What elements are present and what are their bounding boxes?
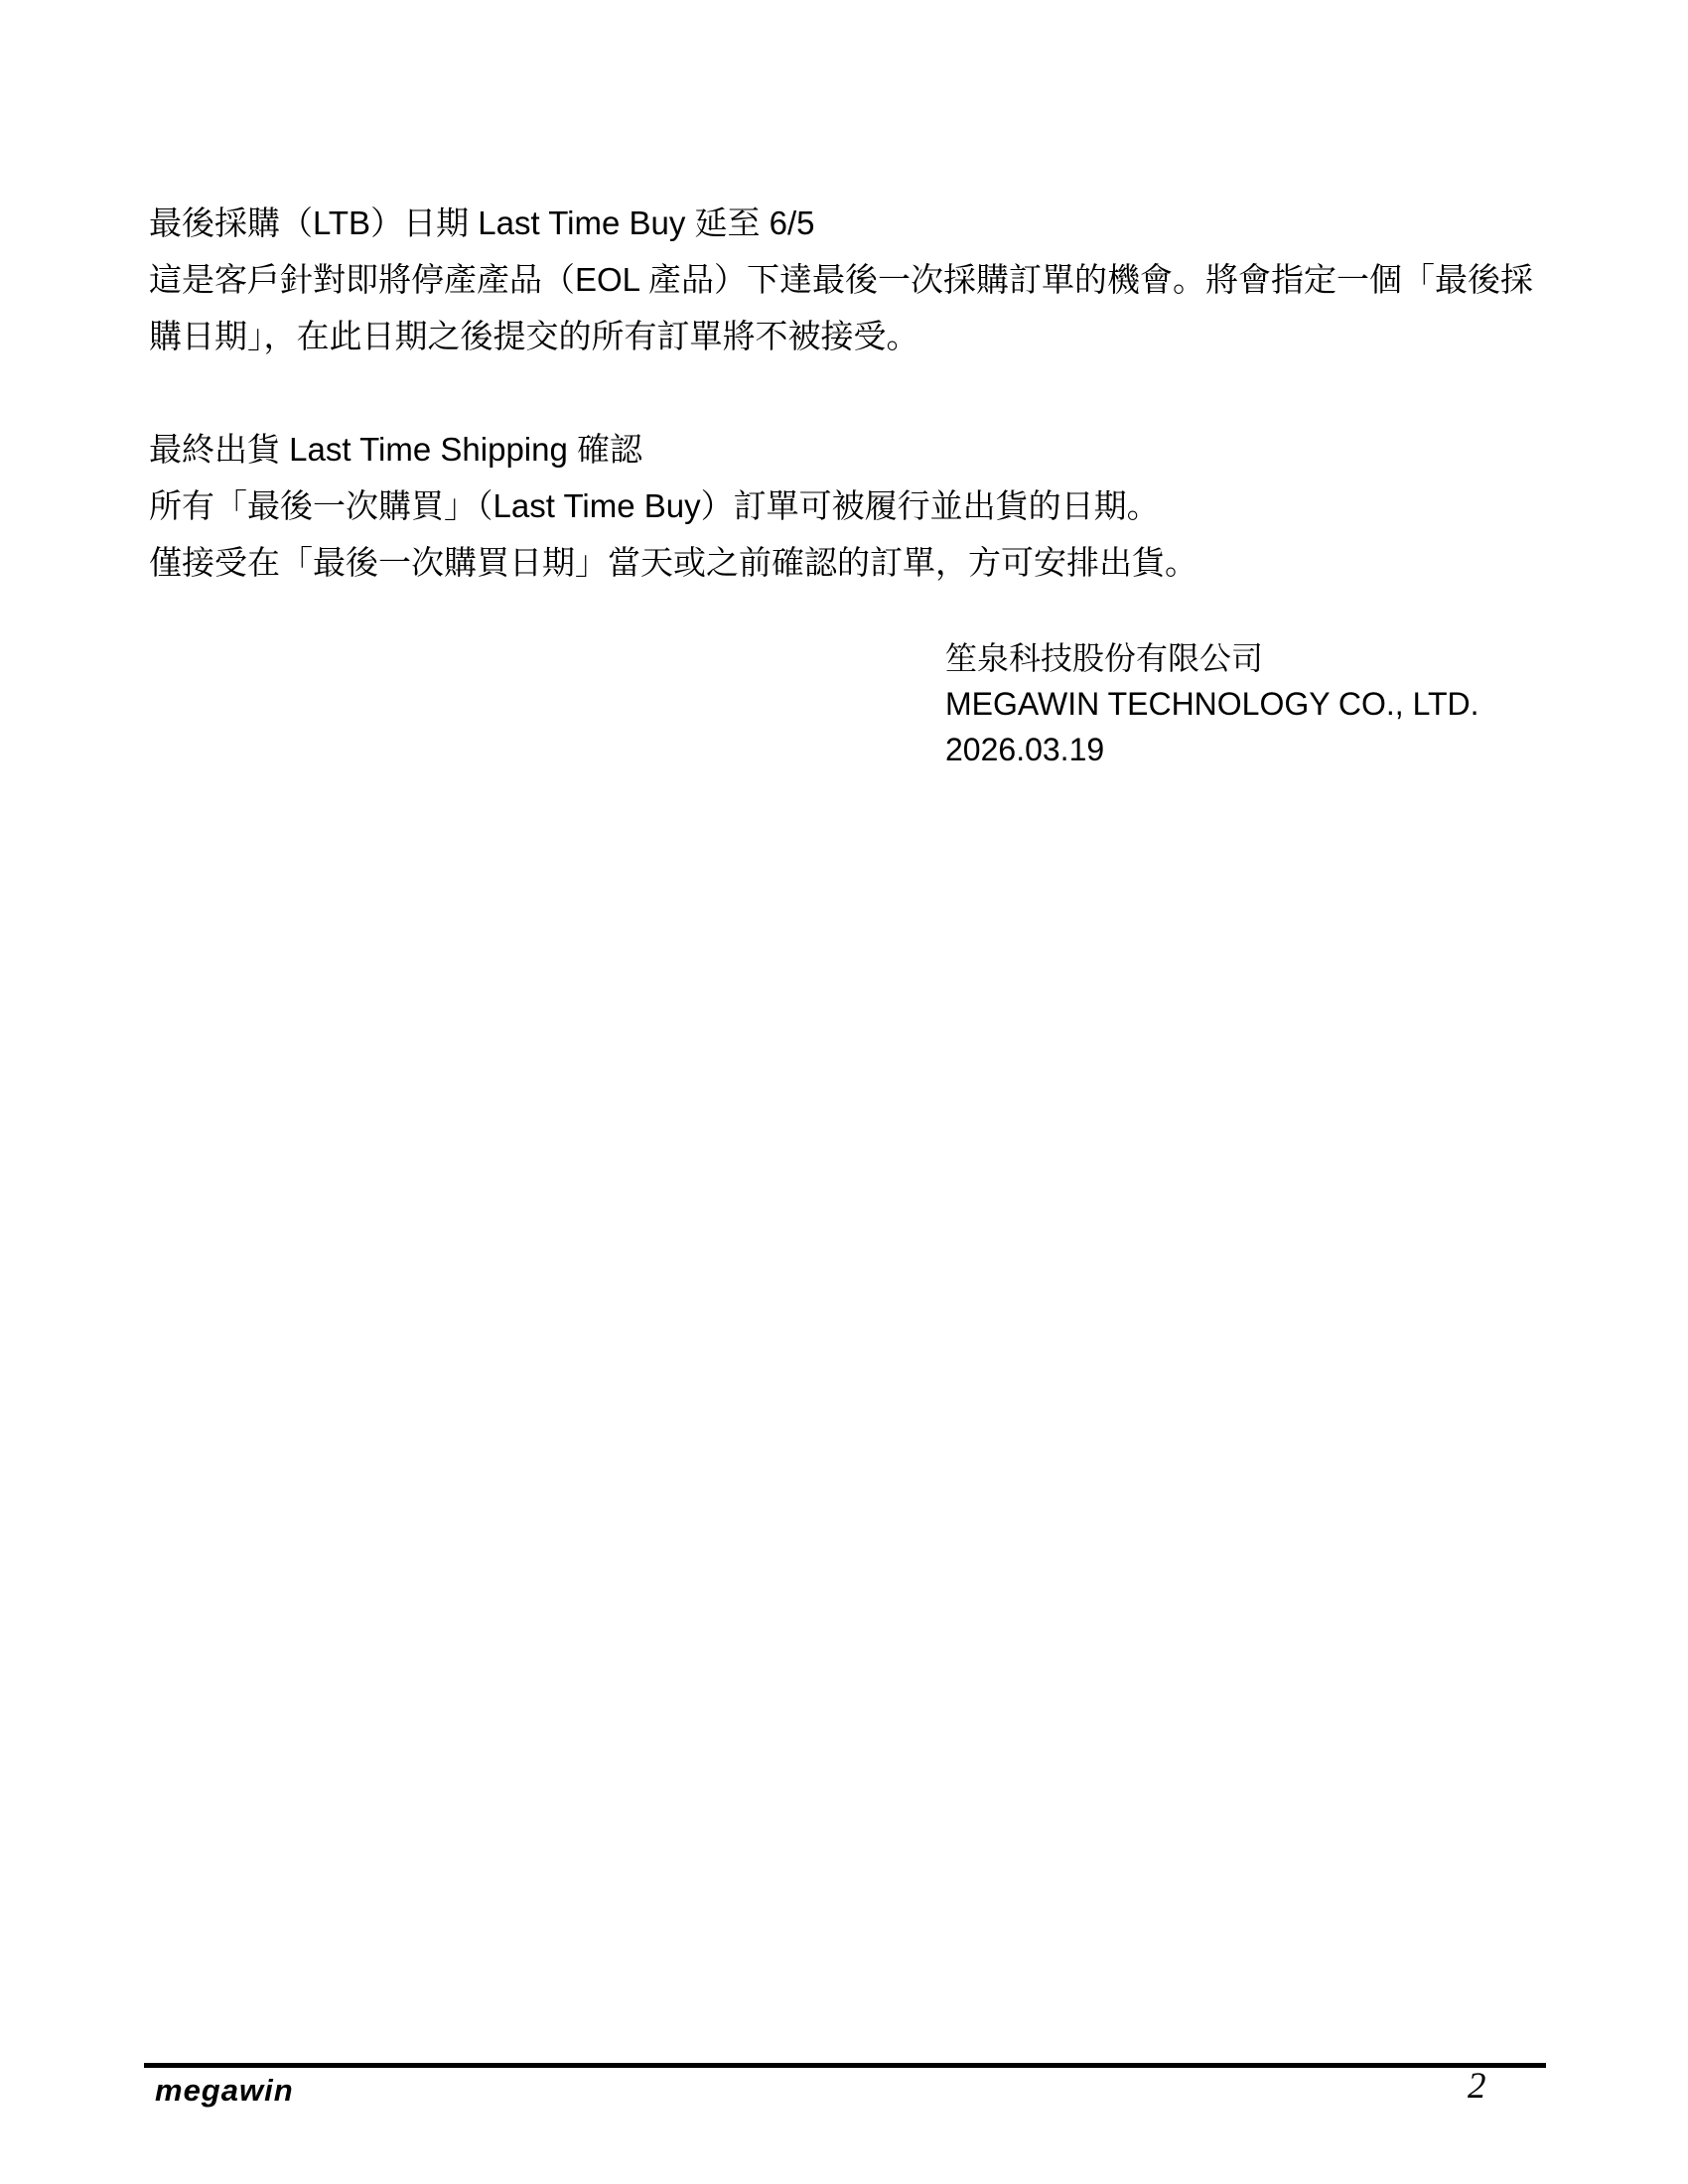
lts-section-heading: 最終出貨 Last Time Shipping 確認 <box>149 421 1569 478</box>
ltb-section-heading: 最後採購（LTB）日期 Last Time Buy 延至 6/5 <box>149 195 1569 251</box>
paragraph-spacer <box>149 364 1569 421</box>
page-number: 2 <box>1468 2065 1486 2108</box>
megawin-logo: megawin <box>155 2073 294 2109</box>
signature-date: 2026.03.19 <box>945 727 1479 772</box>
lts-section-paragraph-line: 僅接受在「最後一次購買日期」當天或之前確認的訂單，方可安排出貨。 <box>149 534 1569 591</box>
ltb-section-paragraph-line: 這是客戶針對即將停產產品（EOL 產品）下達最後一次採購訂單的機會。將會指定一個… <box>149 251 1569 308</box>
signature-company-name-zh: 笙泉科技股份有限公司 <box>945 635 1479 681</box>
ltb-section-paragraph-line: 購日期」，在此日期之後提交的所有訂單將不被接受。 <box>149 308 1569 364</box>
lts-section-paragraph-line: 所有「最後一次購買」（Last Time Buy）訂單可被履行並出貨的日期。 <box>149 478 1569 534</box>
document-page: 最後採購（LTB）日期 Last Time Buy 延至 6/5 這是客戶針對即… <box>0 0 1688 2184</box>
footer-divider-rule <box>144 2063 1546 2068</box>
document-body: 最後採購（LTB）日期 Last Time Buy 延至 6/5 這是客戶針對即… <box>149 195 1569 591</box>
signature-company-name-en: MEGAWIN TECHNOLOGY CO., LTD. <box>945 681 1479 727</box>
signature-block: 笙泉科技股份有限公司 MEGAWIN TECHNOLOGY CO., LTD. … <box>945 635 1479 772</box>
